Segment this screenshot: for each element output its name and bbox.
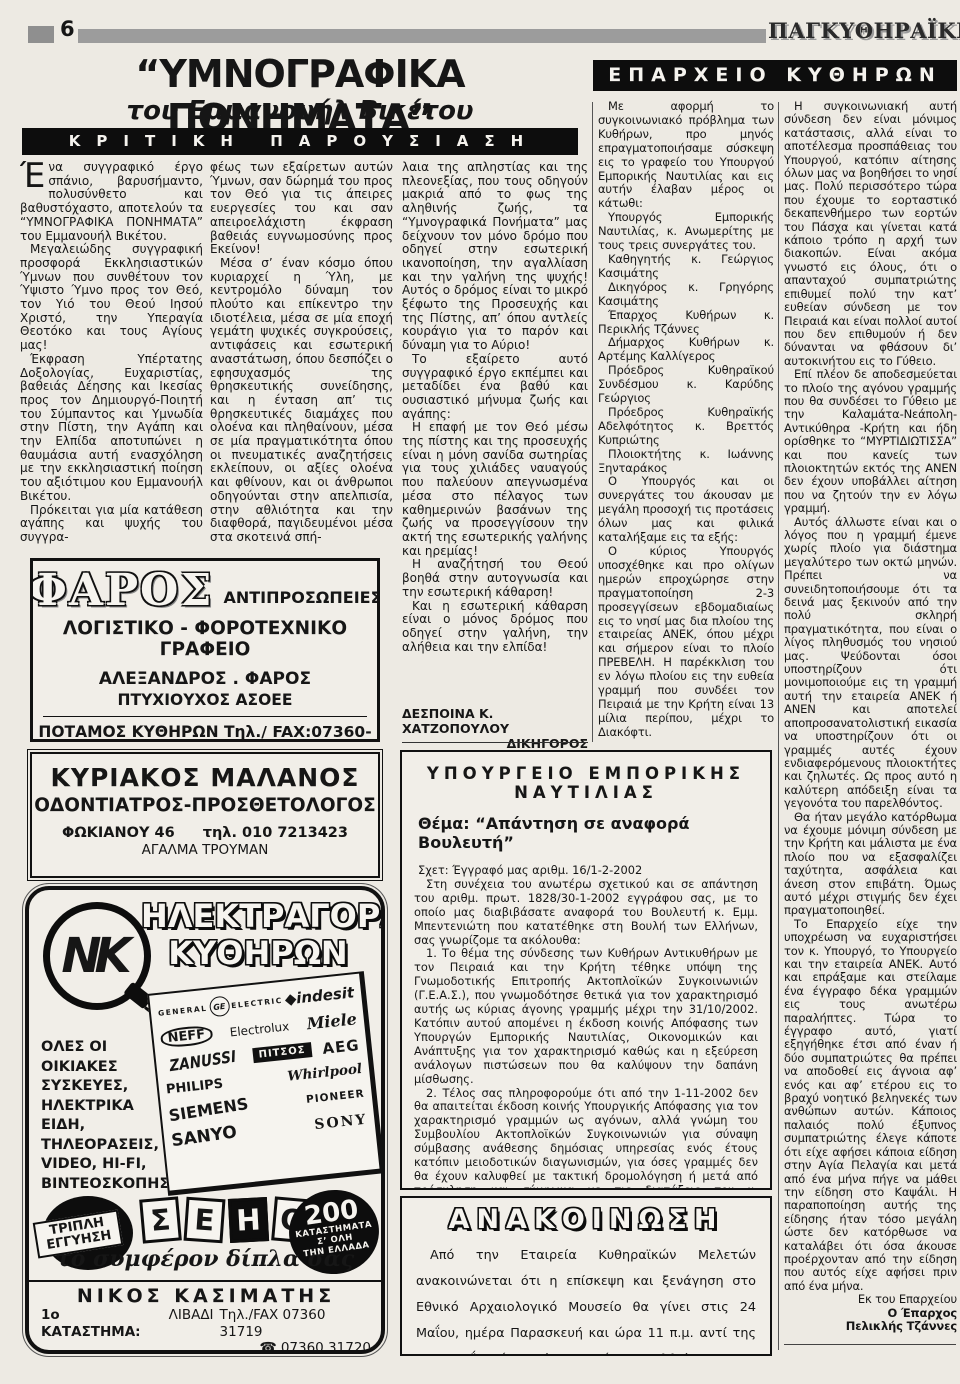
malanos-phone: τηλ. 010 7213423 (203, 825, 348, 841)
sehos-letter: Σ (139, 1196, 182, 1243)
malanos-ad: ΚΥΡΙΑΚΟΣ ΜΑΛΑΝΟΣ ΟΔΟΝΤΙΑΤΡΟΣ-ΠΡΟΣΘΕΤΟΛΟΓ… (30, 752, 380, 878)
eparcheio-section-header: ΕΠΑΡΧΕΙΟ ΚΥΘΗΡΩΝ (593, 60, 957, 91)
brand-zanussi: ZANUSSI (168, 1047, 237, 1076)
store-line-1: 1ο ΚΑΤΑΣΤΗΜΑ: ΛΙΒΑΔΙ Τηλ./FAX 07360 3171… (41, 1307, 371, 1340)
store-label: 1ο ΚΑΤΑΣΤΗΜΑ: (41, 1307, 163, 1340)
faros-tagline: ΑΝΤΙΠΡΟΣΩΠΕΙΕΣ (223, 588, 380, 607)
paragraph: Το Επαρχείο είχε την υποχρέωση να ευχαρι… (784, 918, 957, 1293)
phone-icon: ☎ (259, 1340, 276, 1354)
paragraph: Και η εσωτερική κάθαρση είναι ο μόνος δρ… (402, 600, 588, 655)
paragraph: 2. Τέλος σας πληροφορούμε ότι από την 1-… (414, 1087, 758, 1191)
column-separator (592, 102, 593, 742)
sehos-letter: Η (228, 1197, 269, 1243)
section-kicker-bar: ΚΡΙΤΙΚΗ ΠΑΡΟΥΣΙΑΣΗ (22, 128, 578, 155)
sehos-letter: Ε (184, 1197, 226, 1244)
brand-pitsos: ΠΙΤΣΟΣ (252, 1042, 312, 1063)
malanos-address: ΦΩΚΙΑΝΟΥ 46 (62, 825, 175, 841)
closing-line: Εκ του Επαρχείου (784, 1293, 957, 1306)
electro-title: ΗΛΕΚΤΡΑΓΟΡΑ ΚΥΘΗΡΩΝ (141, 898, 375, 972)
faros-office-line: ΛΟΓΙΣΤΙΚΟ - ΦΟΡΟΤΕΧΝΙΚΟ ΓΡΑΦΕΙΟ (33, 618, 377, 660)
paragraph: λαια της απληστίας και της πλεονεξίας, π… (402, 161, 588, 353)
brand-electrolux: Electrolux (229, 1019, 290, 1039)
review-signature: ΔΕΣΠΟΙΝΑ Κ. ΧΑΤΖΟΠΟΥΛΟΥ ΔΙΚΗΓΟΡΟΣ (402, 706, 588, 751)
column-end-rule (402, 742, 588, 743)
paragraph: Καθηγητής κ. Γεώργιος Κασιμάτης (598, 253, 774, 281)
brand-sony: SONY (314, 1112, 368, 1133)
faros-person-name: ΑΛΕΞΑΝΔΡΟΣ . ΦΑΡΟΣ (33, 669, 377, 689)
malanos-name: ΚΥΡΙΑΚΟΣ ΜΑΛΑΝΟΣ (32, 763, 378, 792)
faros-ad-header: ΦΑΡΟΣ ΑΝΤΙΠΡΟΣΩΠΕΙΕΣ (33, 565, 377, 616)
paragraph: Πρόεδρος Κυθηραϊκού Συνδέσμου κ. Καρύδης… (598, 364, 774, 406)
ministry-reference: Σχετ: Έγγραφό μας αριθμ. 16/1-2-2002 (414, 864, 758, 878)
paragraph: Στη συνέχεια του ανωτέρω σχετικού και σε… (414, 878, 758, 948)
review-column-3: λαια της απληστίας και της πλεονεξίας, π… (402, 161, 588, 697)
paragraph: Έπαρχος Κυθήρων κ. Περικλής Τζάννες (598, 309, 774, 337)
ministry-subject: Θέμα: “Απάντηση σε αναφορά Βουλευτή” (418, 814, 758, 852)
masthead-title: ΠΑΓΚΥΘΗΡΑΪΚΗ (768, 18, 960, 43)
paragraph: Με αφορμή το συγκοινωνιακό πρόβλημα των … (598, 100, 774, 211)
closing-role: Ο Έπαρχος (784, 1307, 957, 1320)
paragraph: Αυτός άλλωστε είναι και ο λόγος που η γρ… (784, 516, 957, 811)
brand-neff: NEFF (160, 1024, 213, 1048)
electro-title-line2: ΚΥΘΗΡΩΝ (141, 935, 375, 972)
electro-title-line1: ΗΛΕΚΤΡΑΓΟΡΑ (141, 898, 375, 935)
electro-slogan: το συμφέρον δίπλα σας (29, 1246, 381, 1272)
brand-miele: Miele (306, 1009, 358, 1033)
closing-name: Πελικλής Τζάννες (784, 1320, 957, 1333)
page-number: 6 (60, 17, 75, 41)
brand-indesit: ◆indesit (284, 983, 355, 1008)
drop-cap: Έ (20, 161, 48, 191)
paragraph: Πλοιοκτήτης κ. Ιωάννης Ξηνταράκος (598, 448, 774, 476)
paragraph: Η αναζήτησή του Θεού βοηθά στην αυτογνωσ… (402, 558, 588, 599)
electro-ad: NK ΗΛΕΚΤΡΑΓΟΡΑ ΚΥΘΗΡΩΝ ΟΛΕΣ ΟΙ ΟΙΚΙΑΚΕΣ … (25, 886, 385, 1354)
malanos-profession: ΟΔΟΝΤΙΑΤΡΟΣ-ΠΡΟΣΘΕΤΟΛΟΓΟΣ (32, 795, 378, 816)
brand-electric: ELECTRIC (231, 995, 283, 1009)
column-end-rule (784, 1344, 956, 1345)
brand-indesit-text: indesit (295, 983, 355, 1007)
newspaper-page: 6 ΠΑΓΚΥΘΗΡΑΪΚΗ “ΥΜΝΟΓΡΑΦΙΚΑ ΠΟΝΗΜΑΤΑ” το… (0, 0, 960, 1384)
brand-general: GENERAL (158, 1003, 208, 1017)
signature-title: ΔΙΚΗΓΟΡΟΣ (402, 736, 588, 751)
electro-contact-block: ΝΙΚΟΣ ΚΑΣΙΜΑΤΗΣ 1ο ΚΑΤΑΣΤΗΜΑ: ΛΙΒΑΔΙ Τηλ… (41, 1285, 371, 1354)
paragraph: Το εξαίρετο αυτό συγγραφικό έργο εκπέμπε… (402, 353, 588, 422)
paragraph: Μεγαλειώδης συγγραφική προσφορά Εκκλησια… (20, 243, 203, 353)
eparcheio-column-2: Η συγκοινωνιακή αυτή σύνδεση δεν είναι μ… (784, 100, 957, 1342)
ministry-letter-box: ΥΠΟΥΡΓΕΙΟ ΕΜΠΟΡΙΚΗΣ ΝΑΥΤΙΛΙΑΣ Θέμα: “Απά… (400, 750, 772, 1190)
divider (29, 1280, 381, 1282)
brand-sanyo: SANYO (170, 1122, 238, 1151)
review-column-2: φέως των εξαίρετων αυτών Ύμνων, σαν δώρη… (210, 161, 393, 555)
paragraph: Υπουργός Εμπορικής Ναυτιλίας, κ. Ανωμερί… (598, 211, 774, 253)
header-accent-block (28, 26, 54, 43)
paragraph: Έκφραση Υπέρτατης Δοξολογίας, Ευχαριστία… (20, 353, 203, 504)
store-phone: Τηλ./FAX 07360 31719 (220, 1307, 371, 1340)
faros-ad: ΦΑΡΟΣ ΑΝΤΙΠΡΟΣΩΠΕΙΕΣ ΛΟΓΙΣΤΙΚΟ - ΦΟΡΟΤΕΧ… (30, 558, 380, 742)
ministry-header: ΥΠΟΥΡΓΕΙΟ ΕΜΠΟΡΙΚΗΣ ΝΑΥΤΙΛΙΑΣ (414, 764, 758, 802)
paragraph: Επί πλέον δε αποδεσμεύεται το πλοίο της … (784, 368, 957, 515)
owner-name: ΝΙΚΟΣ ΚΑΣΙΜΑΤΗΣ (41, 1285, 371, 1307)
divider (43, 716, 367, 717)
paragraph: 1. Το θέμα της σύνδεσης των Κυθήρων Αντι… (414, 947, 758, 1086)
brand-whirlpool: Whirlpool (287, 1061, 363, 1085)
paragraph: Ο κύριος Υπουργός υποσχέθηκε και προ ολί… (598, 545, 774, 740)
faros-credentials: ΠΤΥΧΙΟΥΧΟΣ ΑΣΟΕΕ (33, 691, 377, 709)
paragraph: Δικηγόρος κ. Γρηγόρης Κασιμάτης (598, 281, 774, 309)
paragraph: Πρόεδρος Κυθηραϊκής Αδελφότητος κ. Βρεττ… (598, 406, 774, 448)
ge-monogram-icon: GE (208, 995, 230, 1017)
eparcheio-column-1: Με αφορμή το συγκοινωνιακό πρόβλημα των … (598, 100, 774, 746)
article-subtitle: του Εμμανουήλ Βικέτου (14, 96, 586, 126)
paragraph: Ο Υπουργός και οι συνεργάτες του άκουσαν… (598, 475, 774, 545)
header-rule (78, 29, 766, 43)
paragraph: Δήμαρχος Κυθήρων κ. Αρτέμης Καλλίγερος (598, 336, 774, 364)
store-phone-line: ☎ 07360 31720 (41, 1340, 371, 1354)
paragraph: Η συγκοινωνιακή αυτή σύνδεση δεν είναι μ… (784, 100, 957, 368)
brand-siemens: SIEMENS (167, 1094, 249, 1125)
brand-pioneer: PIONEER (306, 1087, 366, 1105)
announcement-body: Από την Εταιρεία Κυθηραϊκών Μελετών ανακ… (416, 1243, 756, 1356)
paragraph-text: να συγγραφικό έργο σπάνιο, βαρυσήμαντο, … (20, 161, 203, 243)
paragraph: Η επαφή με τον Θεό μέσω της πίστης και τ… (402, 421, 588, 558)
paragraph: Πρόκειται για μία κατάθεση αγάπης και ψυ… (20, 504, 203, 545)
paragraph: Θα ήταν μεγάλο κατόρθωμα να έχουμε μόνιμ… (784, 811, 957, 918)
store-phone: 07360 31720 (281, 1340, 371, 1354)
announcement-box: ΑΝΑΚΟΙΝΩΣΗ Από την Εταιρεία Κυθηραϊκών Μ… (400, 1196, 772, 1356)
paragraph: Ένα συγγραφικό έργο σπάνιο, βαρυσήμαντο,… (20, 161, 203, 243)
brand-panel: GENERAL GE ELECTRIC ◆indesit NEFF Electr… (147, 971, 385, 1196)
malanos-contact: ΦΩΚΙΑΝΟΥ 46τηλ. 010 7213423 (32, 825, 378, 841)
review-column-1: Ένα συγγραφικό έργο σπάνιο, βαρυσήμαντο,… (20, 161, 203, 555)
brand-aeg: AEG (322, 1036, 361, 1058)
announcement-header: ΑΝΑΚΟΙΝΩΣΗ (416, 1204, 756, 1235)
faros-brand-logo: ΦΑΡΟΣ (30, 565, 213, 616)
faros-contact-line: ΠΟΤΑΜΟΣ ΚΥΘΗΡΩΝ Τηλ./ FAX:07360-33130 (33, 723, 377, 742)
paragraph: Μέσα σ’ έναν κόσμο όπου κυριαρχεί η Ύλη,… (210, 257, 393, 545)
nk-monogram: NK (61, 928, 124, 984)
brand-philips: PHILIPS (165, 1076, 224, 1097)
column-separator (778, 102, 779, 1350)
paragraph: φέως των εξαίρετων αυτών Ύμνων, σαν δώρη… (210, 161, 393, 257)
malanos-area: ΑΓΑΛΜΑ ΤΡΟΥΜΑΝ (32, 842, 378, 858)
store-location: ΛΙΒΑΔΙ (169, 1307, 214, 1324)
signature-name: ΔΕΣΠΟΙΝΑ Κ. ΧΑΤΖΟΠΟΥΛΟΥ (402, 706, 588, 736)
